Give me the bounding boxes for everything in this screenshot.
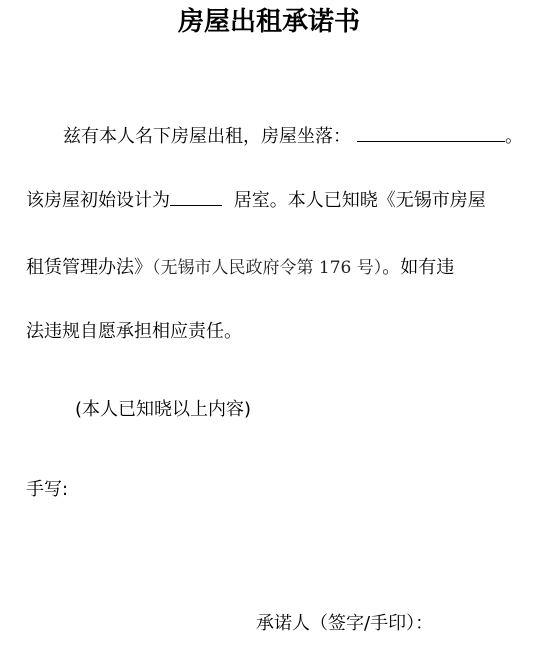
design-label: 该房屋初始设计为 xyxy=(26,190,170,211)
signature-label: 承诺人（签字/手印）： xyxy=(256,612,433,636)
period: 。 xyxy=(505,126,523,147)
regulation-reference: （无锡市人民政府令第 176 号） xyxy=(152,258,382,278)
acknowledgement-text: (本人已知晓以上内容) xyxy=(75,398,251,422)
location-label: 兹有本人名下房屋出租，房屋坐落： xyxy=(63,126,351,147)
responsibility-text: 法违规自愿承担相应责任。 xyxy=(26,321,242,342)
document-title: 房屋出租承诺书 xyxy=(0,4,538,40)
rooms-text: 居室。本人已知晓《无锡市房屋 xyxy=(228,190,486,211)
paragraph-line-2: 该房屋初始设计为 居室。本人已知晓《无锡市房屋 xyxy=(26,188,486,213)
paragraph-line-4: 法违规自愿承担相应责任。 xyxy=(26,320,242,344)
paragraph-line-3: 租赁管理办法》（无锡市人民政府令第 176 号）。如有违 xyxy=(26,256,454,280)
regulation-name: 租赁管理办法》 xyxy=(26,257,152,278)
handwrite-label: 手写: xyxy=(26,478,68,502)
room-count-blank-field[interactable] xyxy=(170,188,222,206)
paragraph-line-1: 兹有本人名下房屋出租，房屋坐落：。 xyxy=(63,124,523,149)
violation-text: 。如有违 xyxy=(382,257,454,278)
location-blank-field[interactable] xyxy=(357,124,505,142)
